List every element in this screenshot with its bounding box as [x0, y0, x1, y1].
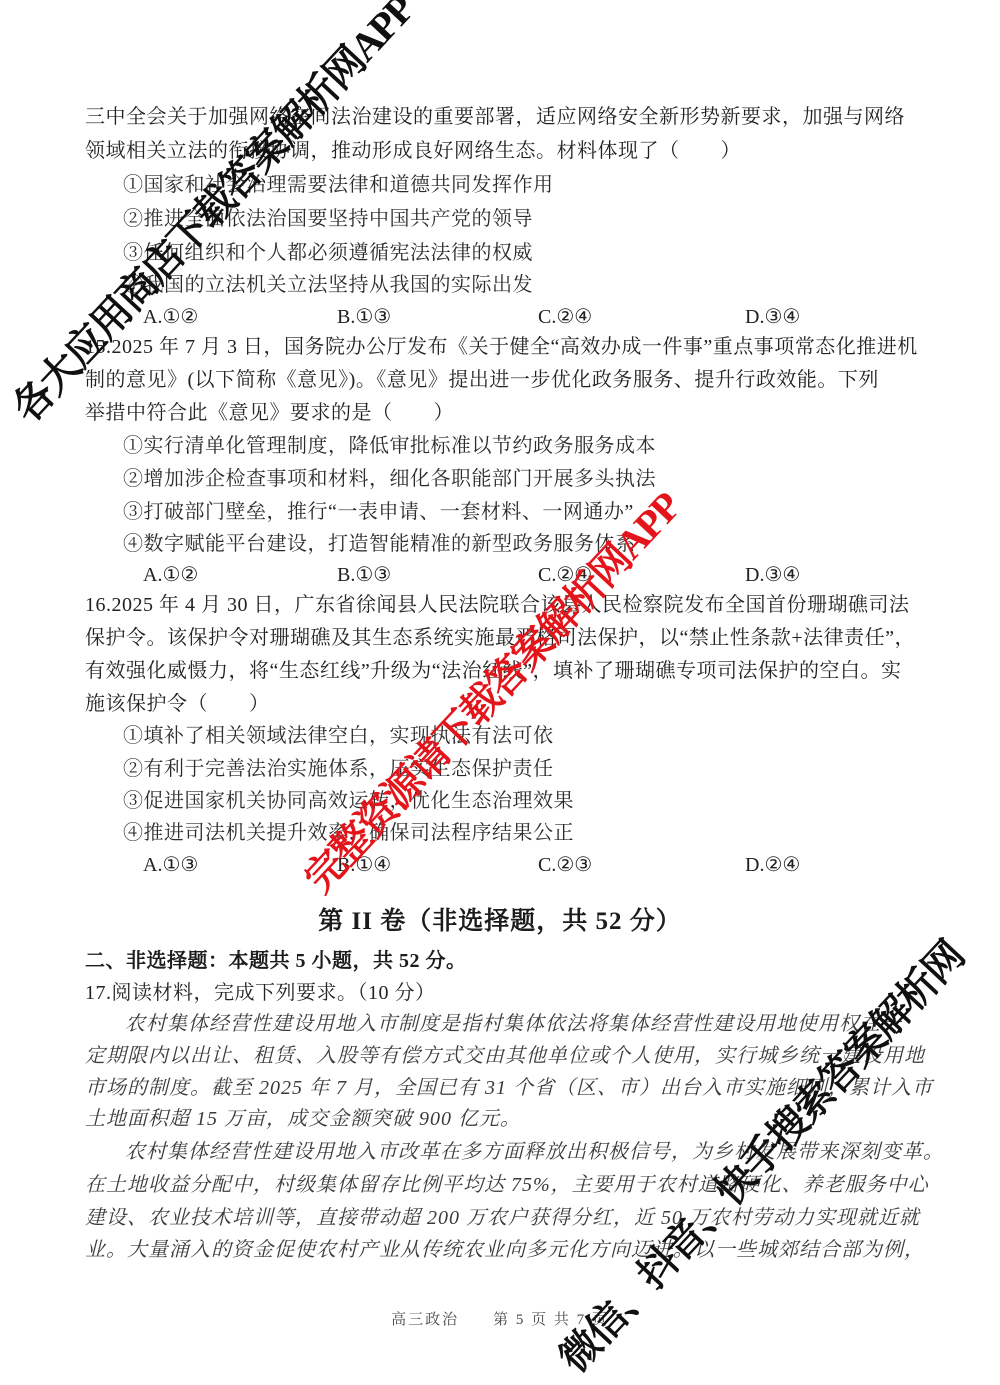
choice-d: D.③④	[745, 300, 800, 334]
option-line: ③任何组织和个人都必须遵循宪法法律的权威	[85, 236, 968, 270]
choice-c: C.②④	[538, 558, 592, 592]
option-line: ④数字赋能平台建设，打造智能精准的新型政务服务体系	[85, 527, 968, 561]
option-line: ①国家和社会治理需要法律和道德共同发挥作用	[85, 168, 968, 202]
material-paragraph-line: 农村集体经营性建设用地入市改革在多方面释放出积极信号，为乡村发展带来深刻变革。	[85, 1135, 930, 1169]
question-intro: 17.阅读材料，完成下列要求。（10 分）	[85, 976, 930, 1010]
option-line: ③促进国家机关协同高效运转，优化生态治理效果	[85, 784, 968, 818]
material-paragraph-line: 土地面积超 15 万亩，成交金额突破 900 亿元。	[85, 1102, 930, 1136]
material-paragraph-line: 农村集体经营性建设用地入市制度是指村集体依法将集体经营性建设用地使用权在一	[85, 1007, 930, 1041]
option-line: ②推进全面依法治国要坚持中国共产党的领导	[85, 202, 968, 236]
option-line: ①实行清单化管理制度，降低审批标准以节约政务服务成本	[85, 429, 968, 463]
choice-b: B.①③	[337, 558, 391, 592]
material-paragraph-line: 在土地收益分配中，村级集体留存比例平均达 75%，主要用于农村道路硬化、养老服务…	[85, 1168, 930, 1202]
option-line: ①填补了相关领域法律空白，实现执法有法可依	[85, 719, 968, 753]
choice-b: B.①③	[337, 300, 391, 334]
question-stem-line: 15.2025 年 7 月 3 日，国务院办公厅发布《关于健全“高效办成一件事”…	[85, 330, 930, 364]
answer-choices-row: A.①② B.①③ C.②④ D.③④	[85, 558, 930, 592]
material-paragraph-line: 定期限内以出让、租赁、入股等有偿方式交由其他单位或个人使用，实行城乡统一建设用地	[85, 1039, 930, 1073]
choice-c: C.②④	[538, 300, 592, 334]
choice-a: A.①②	[143, 300, 198, 334]
choice-a: A.①②	[143, 558, 198, 592]
section-subtitle: 二、非选择题：本题共 5 小题，共 52 分。	[85, 944, 930, 978]
material-paragraph-line: 建设、农业技术培训等，直接带动超 200 万农户获得分红，近 50 万农村劳动力…	[85, 1201, 930, 1235]
question-stem-line: 施该保护令（ ）	[85, 687, 930, 721]
material-paragraph-line: 市场的制度。截至 2025 年 7 月，全国已有 31 个省（区、市）出台入市实…	[85, 1071, 930, 1105]
choice-d: D.③④	[745, 558, 800, 592]
option-line: ②增加涉企检查事项和材料，细化各职能部门开展多头执法	[85, 462, 968, 496]
choice-d: D.②④	[745, 848, 800, 882]
option-line: ④我国的立法机关立法坚持从我国的实际出发	[85, 268, 968, 302]
option-line: ④推进司法机关提升效率，确保司法程序结果公正	[85, 816, 968, 850]
question-stem-line: 有效强化威慑力，将“生态红线”升级为“法治红线”，填补了珊瑚礁专项司法保护的空白…	[85, 654, 930, 688]
option-line: ③打破部门壁垒，推行“一表申请、一套材料、一网通办”	[85, 495, 968, 529]
answer-choices-row: A.①③ B.①④ C.②③ D.②④	[85, 848, 930, 882]
question-stem-line: 举措中符合此《意见》要求的是（ ）	[85, 396, 930, 430]
exam-page: 三中全会关于加强网络空间法治建设的重要部署，适应网络安全新形势新要求，加强与网络…	[0, 0, 1000, 1385]
choice-c: C.②③	[538, 848, 592, 882]
question-stem-line: 三中全会关于加强网络空间法治建设的重要部署，适应网络安全新形势新要求，加强与网络	[85, 100, 930, 134]
material-paragraph-line: 业。大量涌入的资金促使农村产业从传统农业向多元化方向迈进。以一些城郊结合部为例，	[85, 1233, 930, 1267]
answer-choices-row: A.①② B.①③ C.②④ D.③④	[85, 300, 930, 334]
question-stem-line: 制的意见》(以下简称《意见》)。《意见》提出进一步优化政务服务、提升行政效能。下…	[85, 363, 930, 397]
question-stem-line: 保护令。该保护令对珊瑚礁及其生态系统实施最严格司法保护，以“禁止性条款+法律责任…	[85, 621, 930, 655]
choice-b: B.①④	[337, 848, 391, 882]
section-title: 第 II 卷（非选择题，共 52 分）	[0, 901, 1000, 937]
question-stem-line: 领域相关立法的衔接协调，推动形成良好网络生态。材料体现了（ ）	[85, 134, 930, 168]
page-footer: 高三政治 第 5 页 共 7 页	[0, 1308, 1000, 1329]
question-stem-line: 16.2025 年 4 月 30 日，广东省徐闻县人民法院联合该县人民检察院发布…	[85, 588, 930, 622]
choice-a: A.①③	[143, 848, 198, 882]
option-line: ②有利于完善法治实施体系，压实生态保护责任	[85, 752, 968, 786]
